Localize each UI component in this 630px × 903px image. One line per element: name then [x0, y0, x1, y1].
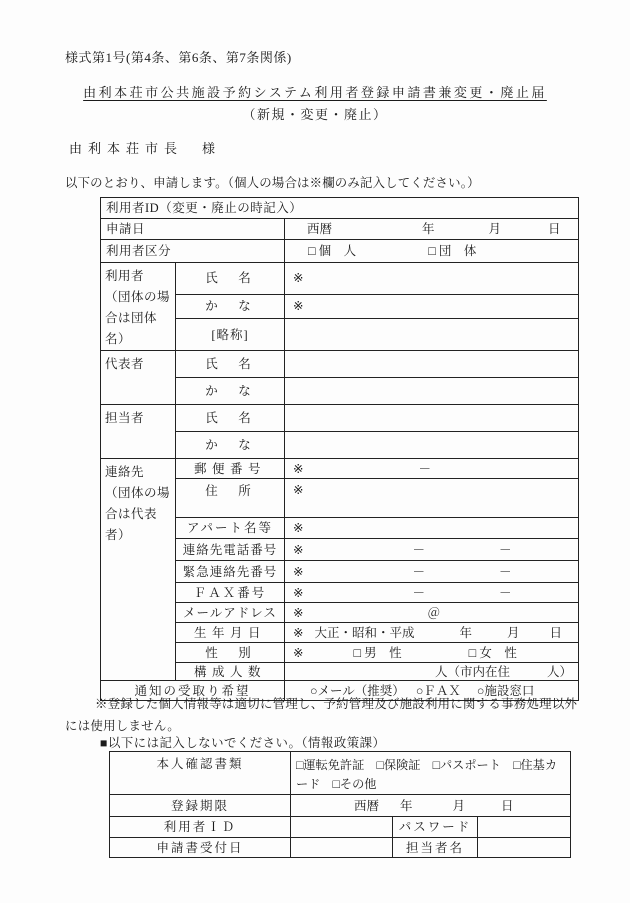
contact-person-kana-label: か な: [176, 432, 285, 459]
postal-code-label: 郵便番号: [176, 459, 285, 479]
addressee: 由利本荘市長 様: [69, 138, 221, 157]
phone-separator: －: [499, 564, 512, 580]
checkbox-male: □ 男 性: [353, 645, 401, 661]
user-label-note: （団体の場合は団体名）: [105, 287, 172, 350]
members-label: 構成人数: [176, 663, 285, 681]
phone-separator: －: [499, 585, 512, 601]
apartment-label: アパート名等: [176, 518, 285, 539]
checkbox-female: □ 女 性: [469, 645, 517, 661]
email-label: メールアドレス: [176, 603, 285, 623]
contact-label-note: （団体の場合は代表者）: [105, 483, 172, 546]
required-marker: ※: [293, 270, 303, 286]
user-group-label: 利用者 （団体の場合は団体名）: [101, 263, 176, 351]
user-category-label: 利用者区分: [101, 240, 285, 263]
month-label: 月: [507, 625, 520, 641]
staff-name-label: 担当者名: [393, 838, 478, 858]
user-abbr-field: [285, 319, 579, 351]
required-marker: ※: [293, 482, 303, 498]
year-label: 年: [400, 798, 413, 814]
representative-label: 代表者: [101, 351, 176, 405]
phone-field: ※ － －: [285, 539, 579, 561]
birthdate-field: ※ 大正・昭和・平成 年 月 日: [285, 623, 579, 643]
required-marker: ※: [293, 564, 303, 580]
password-label: パスワード: [393, 817, 478, 838]
contact-group-label: 連絡先 （団体の場合は代表者）: [101, 459, 176, 681]
representative-kana-field: [285, 378, 579, 405]
postal-code-field: ※ －: [285, 459, 579, 479]
id-documents-field: □運転免許証 □保険証 □パスポート □住基カード □その他: [291, 752, 571, 795]
admin-user-id-field: [291, 817, 393, 838]
day-label: 日: [501, 798, 514, 814]
at-sign: ＠: [427, 605, 440, 621]
admin-only-note: ■以下には記入しないでください。（情報政策課）: [100, 733, 385, 751]
application-received-field: [291, 838, 393, 858]
month-label: 月: [453, 798, 466, 814]
email-field: ※ ＠: [285, 603, 579, 623]
user-kana-field: ※: [285, 294, 579, 319]
registration-deadline-label: 登録期限: [110, 795, 291, 817]
year-label: 年: [422, 221, 435, 237]
phone-separator: －: [499, 542, 512, 558]
phone-label: 連絡先電話番号: [176, 539, 285, 561]
application-received-label: 申請書受付日: [110, 838, 291, 858]
era-options: 大正・昭和・平成: [314, 625, 414, 641]
form-number: 様式第1号(第4条、第6条、第7条関係): [65, 47, 292, 66]
fax-label: ＦＡＸ番号: [176, 583, 285, 603]
members-unit-city: 人（市内在住: [435, 664, 510, 680]
form-title-text: 由利本荘市公共施設予約システム利用者登録申請書兼変更・廃止届: [83, 85, 547, 100]
application-date-label: 申請日: [101, 219, 285, 240]
required-marker: ※: [293, 605, 303, 621]
user-id-header-cell: 利用者ID（変更・廃止の時記入）: [101, 198, 579, 219]
contact-person-name-field: [285, 405, 579, 432]
staff-name-field: [478, 838, 571, 858]
required-marker: ※: [293, 298, 303, 314]
required-marker: ※: [293, 625, 303, 641]
contact-person-label: 担当者: [101, 405, 176, 459]
contact-label: 連絡先: [105, 462, 172, 483]
privacy-note: ※登録した個人情報等は適切に管理し、予約管理及び施設利用に関する事務処理以外には…: [65, 693, 589, 737]
admin-user-id-label: 利用者ＩＤ: [110, 817, 291, 838]
registration-deadline-field: 西暦 年 月 日: [291, 795, 571, 817]
user-category-field: □ 個 人 □ 団 体: [285, 240, 579, 263]
phone-separator: －: [412, 564, 425, 580]
apartment-field: ※: [285, 518, 579, 539]
application-table: 利用者ID（変更・廃止の時記入） 申請日 西暦 年 月 日 利用者区分 □ 個 …: [100, 197, 579, 701]
month-label: 月: [489, 221, 502, 237]
year-label: 年: [460, 625, 473, 641]
birthdate-label: 生年月日: [176, 623, 285, 643]
required-marker: ※: [293, 520, 303, 536]
phone-separator: －: [412, 585, 425, 601]
address-label: 住 所: [176, 479, 285, 518]
form-page: 様式第1号(第4条、第6条、第7条関係) 由利本荘市公共施設予約システム利用者登…: [0, 0, 630, 903]
contact-person-kana-field: [285, 432, 579, 459]
gender-label: 性 別: [176, 643, 285, 663]
era-label: 西暦: [307, 221, 332, 237]
user-label: 利用者: [105, 266, 172, 287]
id-documents-label: 本人確認書類: [110, 752, 291, 795]
admin-table: 本人確認書類 □運転免許証 □保険証 □パスポート □住基カード □その他 登録…: [109, 751, 571, 858]
password-field: [478, 817, 571, 838]
day-label: 日: [550, 625, 563, 641]
user-kana-label: か な: [176, 294, 285, 319]
user-name-label: 氏 名: [176, 263, 285, 295]
address-field: ※: [285, 479, 579, 518]
phone-separator: －: [412, 542, 425, 558]
contact-person-name-label: 氏 名: [176, 405, 285, 432]
emergency-label: 緊急連絡先番号: [176, 561, 285, 583]
checkbox-personal: □ 個 人: [308, 243, 356, 259]
checkbox-group: □ 団 体: [428, 243, 476, 259]
representative-name-field: [285, 351, 579, 378]
application-date-field: 西暦 年 月 日: [285, 219, 579, 240]
form-subtitle: （新規・変更・廃止）: [0, 104, 630, 123]
representative-name-label: 氏 名: [176, 351, 285, 378]
day-label: 日: [548, 221, 561, 237]
required-marker: ※: [293, 461, 303, 477]
postal-separator: －: [418, 461, 431, 477]
emergency-field: ※ － －: [285, 561, 579, 583]
era-label: 西暦: [354, 798, 379, 814]
required-marker: ※: [293, 585, 303, 601]
form-title: 由利本荘市公共施設予約システム利用者登録申請書兼変更・廃止届: [0, 82, 630, 101]
instruction: 以下のとおり、申請します。（個人の場合は※欄のみ記入してください。）: [65, 173, 480, 191]
required-marker: ※: [293, 542, 303, 558]
representative-kana-label: か な: [176, 378, 285, 405]
members-unit-end: 人）: [547, 664, 572, 680]
fax-field: ※ － －: [285, 583, 579, 603]
gender-field: ※ □ 男 性 □ 女 性: [285, 643, 579, 663]
user-name-field: ※: [285, 263, 579, 295]
user-abbr-label: [略称]: [176, 319, 285, 351]
required-marker: ※: [293, 645, 303, 661]
members-field: 人（市内在住 人）: [285, 663, 579, 681]
